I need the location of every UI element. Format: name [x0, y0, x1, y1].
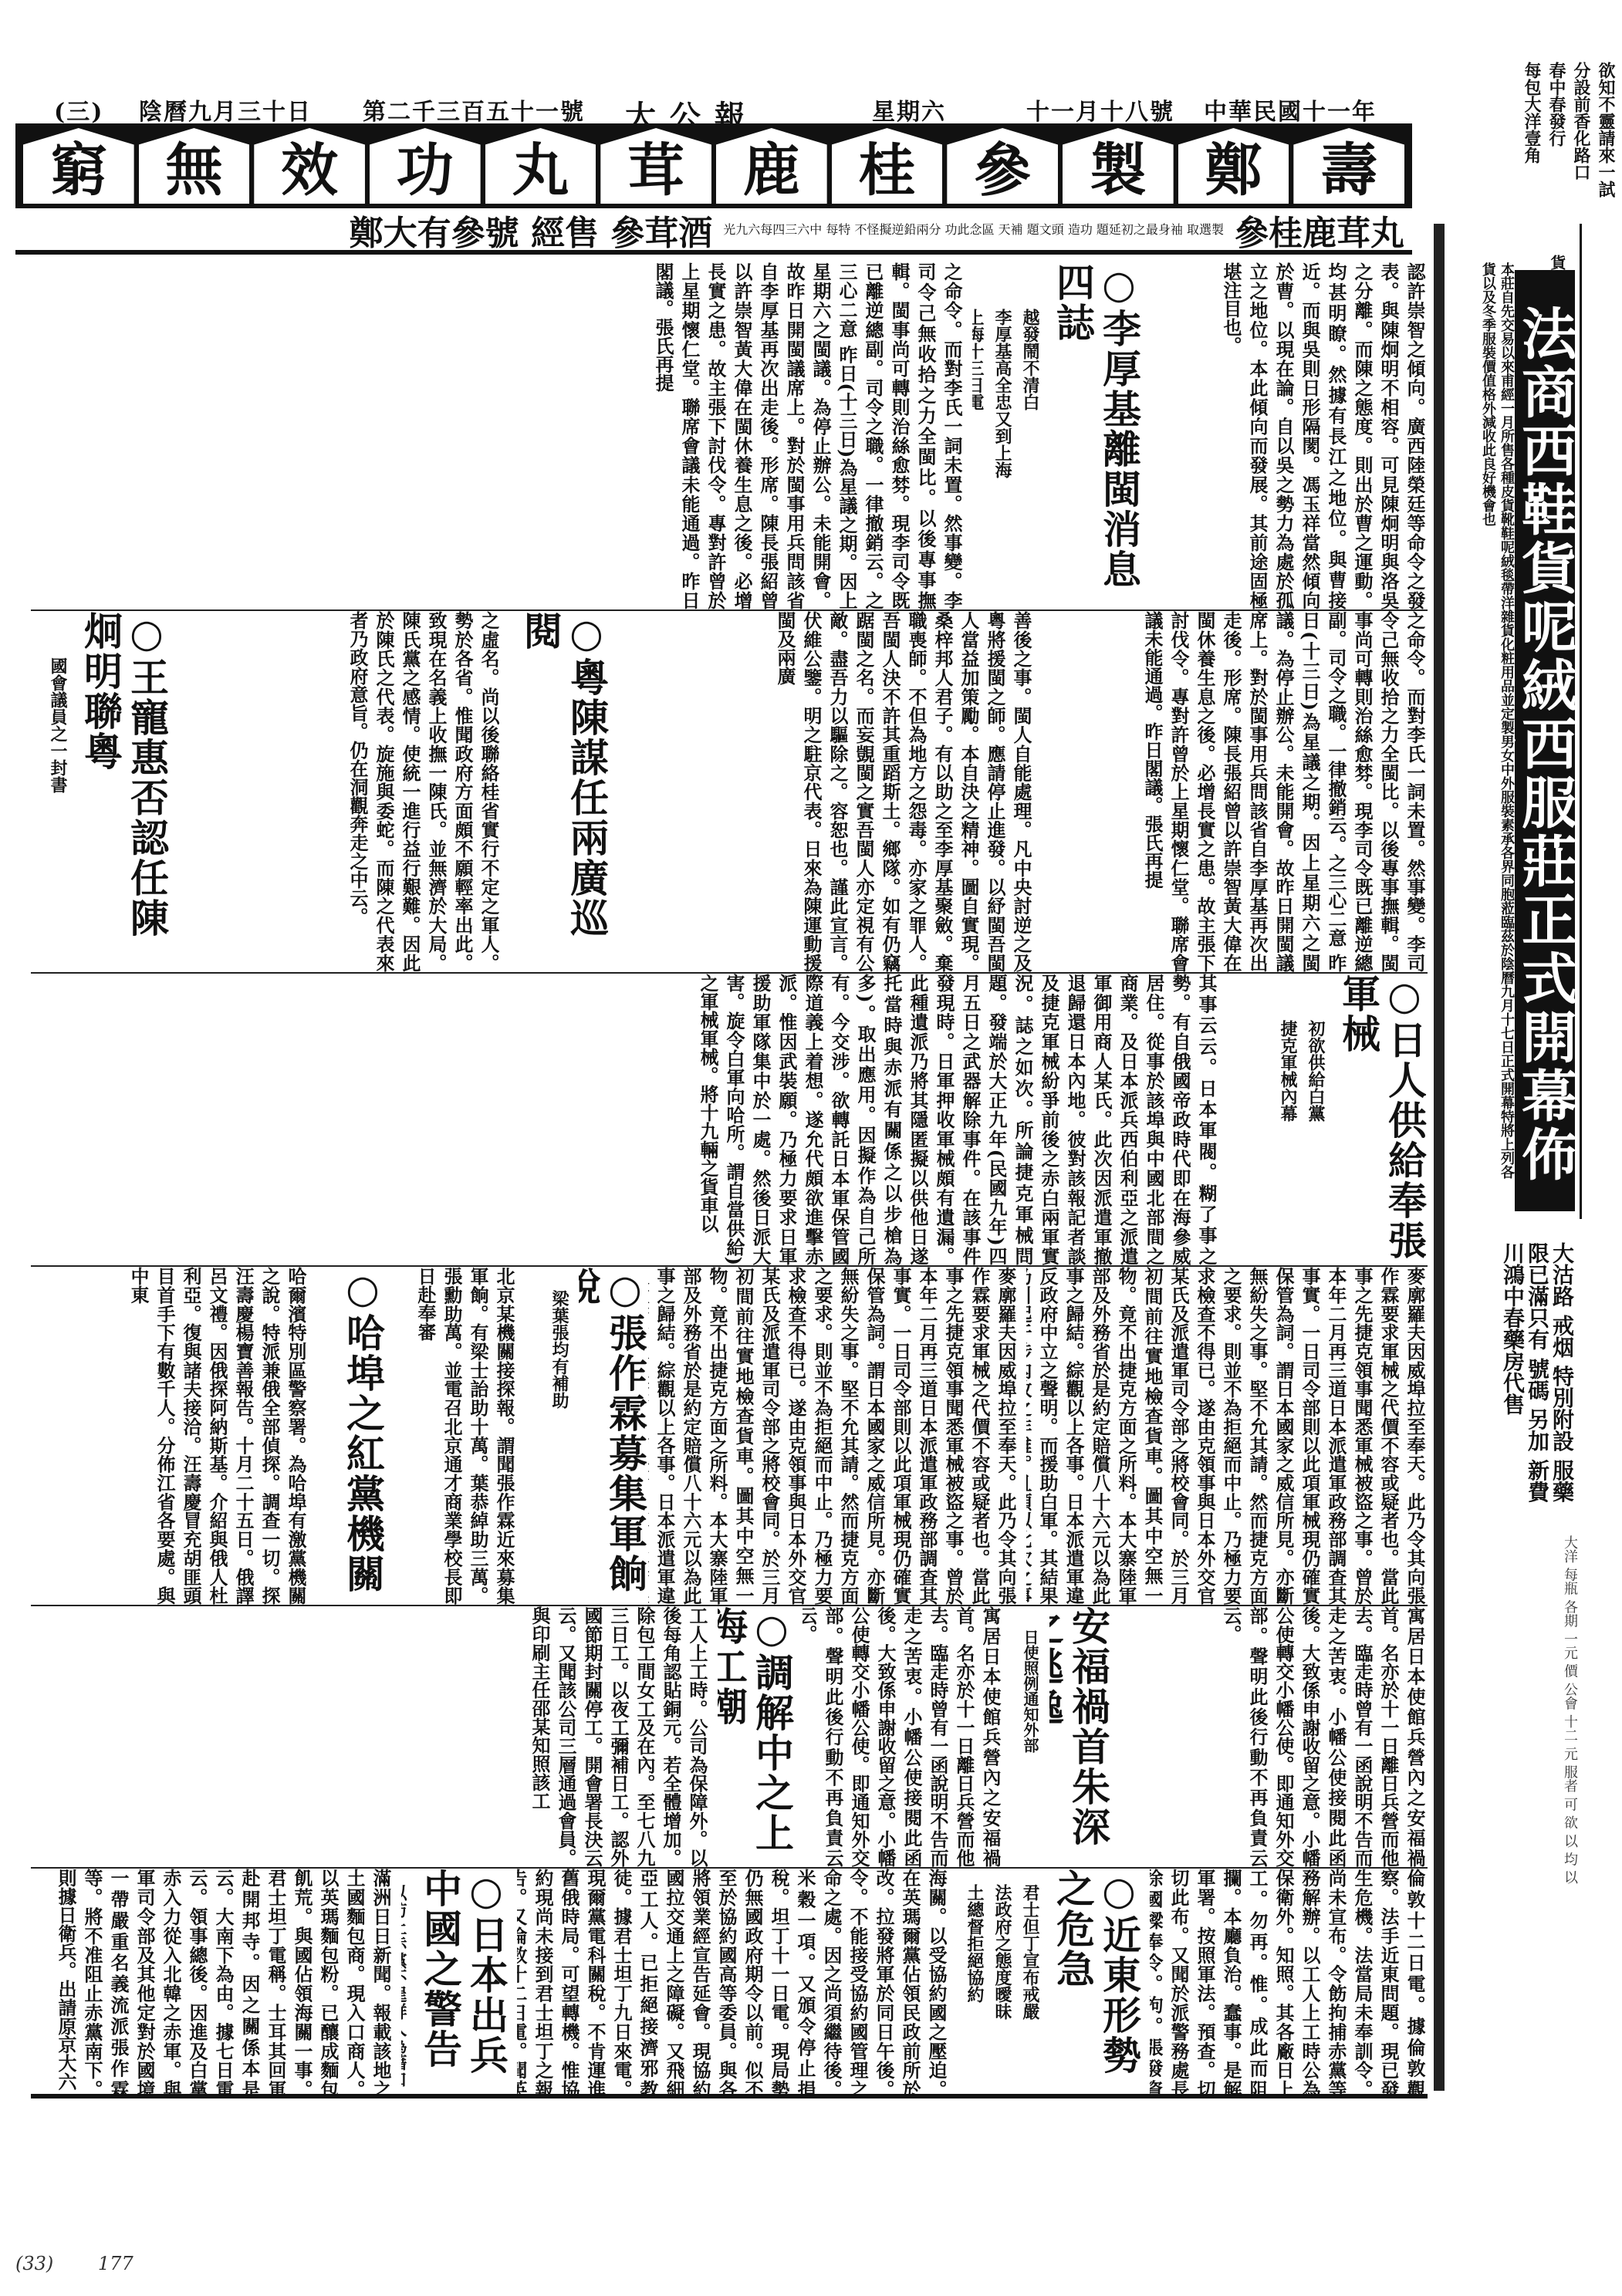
circle-bullet-icon: ○	[463, 1869, 509, 1915]
article-headline: ○王寵惠否認任陳炯明聯粵	[77, 611, 170, 972]
banner-char: 無	[139, 128, 250, 204]
article-body: 之命令。而對李氏一詞未置。然事變。李司令己無收拾之力全閩比。以後專事撫輯。閩事尚…	[650, 262, 965, 609]
article-subhead: 捷克軍械內幕	[1276, 974, 1299, 1265]
article-turkey-customs: 海關。以受協約國之壓迫。在英瑪爾黨佔領民政前所於改。拉發將軍於同日午後。令。不能…	[517, 1869, 949, 2098]
article-anfu-prev: 寓居日本使館兵營內之安福禍首。名亦於十一日離日兵營而他去。臨走時曾有一函說明不告…	[1119, 1606, 1428, 1867]
article-headline: ○粵陳謀任兩廣巡閱	[517, 611, 610, 972]
article-dateline: 上海十三日電	[972, 262, 986, 609]
article-body: 工人上工時。公司為保障外。以後每角認貼銅元。若全體增加。除包工間女工及在內。至七…	[526, 1606, 710, 1867]
article-japan-arms-head: ○日人供給奉張軍械 初欲供給白黨 捷克軍械內幕	[1227, 974, 1428, 1265]
page-footer: (33) 177	[15, 2253, 172, 2274]
article-subhead: 梁葉張均有補助	[548, 1267, 571, 1605]
ad-strip: 參桂鹿茸丸 光九六每四三六中 每特 不怪擬逆鉛兩分 功此念區 天補 題文頭 造功…	[15, 210, 1412, 255]
weekday: 星期六	[872, 93, 946, 127]
article-anfu-sub: 日使照例通知外部	[1011, 1606, 1042, 1867]
date: 十一月十八號	[1026, 93, 1174, 127]
lunar-date: 陰曆九月三十日	[139, 93, 312, 127]
article-body: 麥廓羅夫因威埠拉至奉天。此乃令其向張作霖要求軍械之代價不容或疑者也。當此事之先捷…	[1026, 1267, 1428, 1605]
row-1: 認許崇智之傾向。廣西陸榮廷等命令之發表。與陳炯明不相容。可見陳炯明與洛吳之分離。…	[31, 262, 1428, 609]
article-fujian-council: 之命令。而對李氏一詞未置。然事變。李司令己無收拾之力全閩比。以後專事撫輯。閩事尚…	[31, 262, 965, 609]
article-anfu-head: 安福禍首朱深之逃逸	[1049, 1606, 1111, 1867]
article-headline: ○日人供給奉張軍械	[1335, 974, 1428, 1265]
masthead: (三) 陰曆九月三十日 第二千三百五十一號 大 公 報 星期六 十一月十八號 中…	[23, 93, 1412, 123]
article-japan-arms-cont: 之命令。而對李氏一詞未置。然事變。李司令己無收拾之力全閩比。以後專事撫輯。閩事尚…	[1042, 611, 1428, 972]
circle-bullet-icon: ○	[1096, 262, 1142, 309]
article-harbin: 哈爾濱特別區警察署。為哈埠有激黨機關之說。特派兼俄全部偵探。調查一切。探汪壽慶楊…	[31, 1267, 309, 1605]
circle-bullet-icon: ○	[563, 611, 610, 657]
article-labor-head: ○調解中之上海工潮	[718, 1606, 795, 1867]
banner-char: 功	[370, 128, 481, 204]
article-body: 海關。以受協約國之壓迫。在英瑪爾黨佔領民政前所於改。拉發將軍於同日午後。令。不能…	[517, 1869, 949, 2098]
banner-char: 壽	[1293, 128, 1404, 204]
article-body: 善後之事。閩人自能處理。凡中央討逆之及粵將援閩之師。應請停止進發。以紓閩吾閩人當…	[772, 611, 1034, 972]
article-near-east-prev: 倫敦十二日電。據倫敦觀察。法手近東問題。現已發生危機。法當局未奉訓令。尚未宣布。…	[1150, 1869, 1428, 2098]
circle-bullet-icon: ○	[1096, 1869, 1142, 1915]
article-body: 之命令。而對李氏一詞未置。然事變。李司令己無收拾之力全閩比。以後專事撫輯。閩事尚…	[1139, 611, 1428, 972]
article-body: 北京某機關接探報。謂聞張作霖近來募集軍餉。有梁士詒助十萬。葉恭綽助三萬。張勳助萬…	[412, 1267, 517, 1605]
article-body: 寓居日本使館兵營內之安福禍首。名亦於十一日離日兵營而他去。臨走時曾有一函說明不告…	[803, 1606, 1003, 1867]
promo-notice: 欲知不靈請來一試 分設前香化路口 春中春發行 每包大洋壹角	[1522, 62, 1616, 201]
article-grid: 認許崇智之傾向。廣西陸榮廷等命令之發表。與陳炯明不相容。可見陳炯明與洛吳之分離。…	[31, 262, 1428, 2098]
banner-char: 鄭	[1178, 128, 1289, 204]
promo-line: 欲知不靈請來一試	[1596, 62, 1616, 201]
side-notice-title: 大沽路 戒烟 特別附設 服藥 限已滿只有 號碼 另加 新費 川鴻中春藥房代售	[1500, 1242, 1574, 1520]
article-subhead: 國會議員之一封書	[46, 611, 69, 972]
article-subhead: 君士但丁宣布戒嚴	[1019, 1869, 1042, 2098]
article-wang-chonghui-head: ○王寵惠否認任陳炯明聯粵 國會議員之一封書	[31, 611, 170, 972]
article-shanghai-labor: 工人上工時。公司為保障外。以後每角認貼銅元。若全體增加。除包工間女工及在內。至七…	[31, 1606, 710, 1867]
article-body: 倫敦十二日電。據倫敦觀察。法手近東問題。現已發生危機。法當局未奉訓令。尚未宣布。…	[1150, 1869, 1428, 2098]
article-headline: ○日本出兵中國之警告	[417, 1869, 509, 2098]
article-japan-troops-head: ○日本出兵中國之警告 以防止赤黨不逞鮮人為藉口	[401, 1869, 509, 2098]
article-body: 哈爾濱特別區警察署。為哈埠有激黨機關之說。特派兼俄全部偵探。調查一切。探汪壽慶楊…	[125, 1267, 309, 1605]
article-body: 寓居日本使館兵營內之安福禍首。名亦於十一日離日兵營而他去。臨走時曾有一函說明不告…	[1218, 1606, 1428, 1867]
side-notice: 大沽路 戒烟 特別附設 服藥 限已滿只有 號碼 另加 新費 川鴻中春藥房代售 大…	[1451, 1234, 1582, 2091]
banner-char: 窮	[23, 128, 134, 204]
article-headline: ○李厚基離閩消息四誌	[1049, 262, 1142, 609]
article-headline: ○調解中之上海工潮	[718, 1606, 795, 1867]
article-li-houji-head: ○李厚基離閩消息四誌 越發鬧不清白 李厚基高全忠又到上海 上海十三日電	[972, 262, 1142, 609]
article-body: 認許崇智之傾向。廣西陸榮廷等命令之發表。與陳炯明不相容。可見陳炯明與洛吳之分離。…	[1218, 262, 1428, 609]
sale-body: 本莊自先交易以來甫經一月所售各種皮貨靴鞋呢絨毯帶洋雜貨化粧用品並定製男女中外服裝…	[1454, 262, 1516, 1188]
article-zhang-zuolin-sub: 梁葉張均有補助	[525, 1267, 571, 1605]
article-body: 之虛名。尚以後聯絡桂省實行不定之軍人。勢於各省。惟聞政府方面頗不願輕率出此。致現…	[344, 611, 502, 972]
banner-char: 製	[1063, 128, 1174, 204]
circle-bullet-icon: ○	[123, 611, 170, 657]
row-6: 倫敦十二日電。據倫敦觀察。法手近東問題。現已發生危機。法當局未奉訓令。尚未宣布。…	[31, 1867, 1428, 2098]
sale-title: 法商西鞋貨呢絨西服莊正式開幕佈告	[1515, 270, 1575, 1211]
banner-char: 效	[254, 128, 365, 204]
ad-fine-print: 光九六每四三六中 每特 不怪擬逆鉛兩分 功此念區 天補 題文頭 造功 題延初之最…	[723, 223, 1224, 237]
ad-vendor: 鄭大有參號 經售 參茸酒	[350, 205, 713, 255]
banner-char: 桂	[832, 128, 943, 204]
banner-char: 丸	[485, 128, 596, 204]
article-li-houji-intro: 認許崇智之傾向。廣西陸榮廷等命令之發表。與陳炯明不相容。可見陳炯明與洛吳之分離。…	[1150, 262, 1428, 609]
promo-line: 分設前香化路口	[1571, 62, 1591, 201]
circle-bullet-icon: ○	[602, 1267, 648, 1313]
circle-bullet-icon: ○	[1381, 974, 1428, 1020]
footer-page-ref: 177	[98, 2253, 133, 2274]
article-headline: 安福禍首朱深之逃逸	[1049, 1606, 1111, 1867]
sale-notice: 貨百將 法商西鞋貨呢絨西服莊正式開幕佈告 本莊自先交易以來甫經一月所售各種皮貨靴…	[1451, 224, 1582, 1219]
article-subhead: 以防止赤黨不逞鮮人為藉口	[401, 1869, 409, 2098]
article-subhead: 李厚基高全忠又到上海	[991, 262, 1014, 609]
article-subhead: 法政府之態度曖昧	[991, 1869, 1014, 2098]
circle-bullet-icon: ○	[748, 1606, 795, 1653]
article-yue-chen-head: ○粵陳謀任兩廣巡閱	[517, 611, 610, 972]
column-rule	[1434, 224, 1445, 2091]
article-czech-arms: 麥廓羅夫因威埠拉至奉天。此乃令其向張作霖要求軍械之代價不容或疑者也。當此事之先捷…	[1026, 1267, 1428, 1605]
article-zhang-zuolin-head: ○張作霖募集軍餉說	[579, 1267, 648, 1605]
article-subhead: 土總督拒絕協約	[963, 1869, 986, 2098]
article-headline: ○哈埠之紅黨機關	[340, 1267, 386, 1605]
banner-advertisement: 壽 鄭 製 參 桂 鹿 茸 丸 功 效 無 窮	[15, 123, 1412, 208]
article-zhang-zuolin: 北京某機關接探報。謂聞張作霖近來募集軍餉。有梁士詒助十萬。葉恭綽助三萬。張勳助萬…	[394, 1267, 517, 1605]
issue-number: 第二千三百五十一號	[363, 93, 585, 127]
ad-product-name: 參桂鹿茸丸	[1235, 205, 1404, 255]
article-headline: ○近東形勢之危急	[1049, 1869, 1142, 2098]
row-3: ○日人供給奉張軍械 初欲供給白黨 捷克軍械內幕 其事云云。日本軍閥。糊了事之勢。…	[31, 972, 1428, 1265]
article-japan-troops: 滿洲日日新聞。報載該地之土國麵包商。現入口商人。以英瑪麵包粉。已釀成麵包飢荒。與…	[31, 1869, 394, 2098]
article-body: 其事云云。日本軍閥。糊了事之勢。有自俄國帝政時代即在海參威居住。從事於該埠與中國…	[694, 974, 1219, 1265]
article-headline: ○張作霖募集軍餉說	[579, 1267, 648, 1605]
circle-bullet-icon: ○	[340, 1267, 386, 1313]
article-subhead: 初欲供給白黨	[1304, 974, 1327, 1265]
footer-code: (33)	[15, 2253, 53, 2274]
article-harbin-head: ○哈埠之紅黨機關	[316, 1267, 386, 1605]
banner-char: 茸	[600, 128, 711, 204]
article-anfu: 寓居日本使館兵營內之安福禍首。名亦於十一日離日兵營而他去。臨走時曾有一函說明不告…	[803, 1606, 1003, 1867]
row-4: 麥廓羅夫因威埠拉至奉天。此乃令其向張作霖要求軍械之代價不容或疑者也。當此事之先捷…	[31, 1265, 1428, 1605]
article-body: 麥廓羅夫因威埠拉至奉天。此乃令其向張作霖要求軍械之代價不容或疑者也。當此事之先捷…	[648, 1267, 1019, 1605]
side-notice-body: 大洋 每瓶 各期 一元 價 公會 十二 元 服者 可 欲 以 均 以	[1455, 1535, 1579, 2075]
article-japan-arms: 其事云云。日本軍閥。糊了事之勢。有自俄國帝政時代即在海參威居住。從事於該埠與中國…	[31, 974, 1219, 1265]
promo-line: 每包大洋壹角	[1522, 62, 1542, 201]
article-subhead: 日使照例通知外部	[1019, 1606, 1042, 1867]
promo-line: 春中春發行	[1546, 62, 1566, 201]
banner-char: 參	[947, 128, 1058, 204]
row-5: 寓居日本使館兵營內之安福禍首。名亦於十一日離日兵營而他去。臨走時曾有一函說明不告…	[31, 1605, 1428, 1867]
article-subhead: 越發鬧不清白	[1019, 262, 1042, 609]
year: 中華民國十一年	[1204, 93, 1377, 127]
row-2: 之命令。而對李氏一詞未置。然事變。李司令己無收拾之力全閩比。以後專事撫輯。閩事尚…	[31, 609, 1428, 972]
article-czech-arms-2: 麥廓羅夫因威埠拉至奉天。此乃令其向張作霖要求軍械之代價不容或疑者也。當此事之先捷…	[648, 1267, 1019, 1605]
article-near-east-head: ○近東形勢之危急 君士但丁宣布戒嚴 法政府之態度曖昧 土總督拒絕協約	[957, 1869, 1142, 2098]
page-number: (三)	[54, 93, 103, 127]
article-body: 滿洲日日新聞。報載該地之土國麵包商。現入口商人。以英瑪麵包粉。已釀成麵包飢荒。與…	[52, 1869, 394, 2098]
banner-char: 鹿	[716, 128, 827, 204]
